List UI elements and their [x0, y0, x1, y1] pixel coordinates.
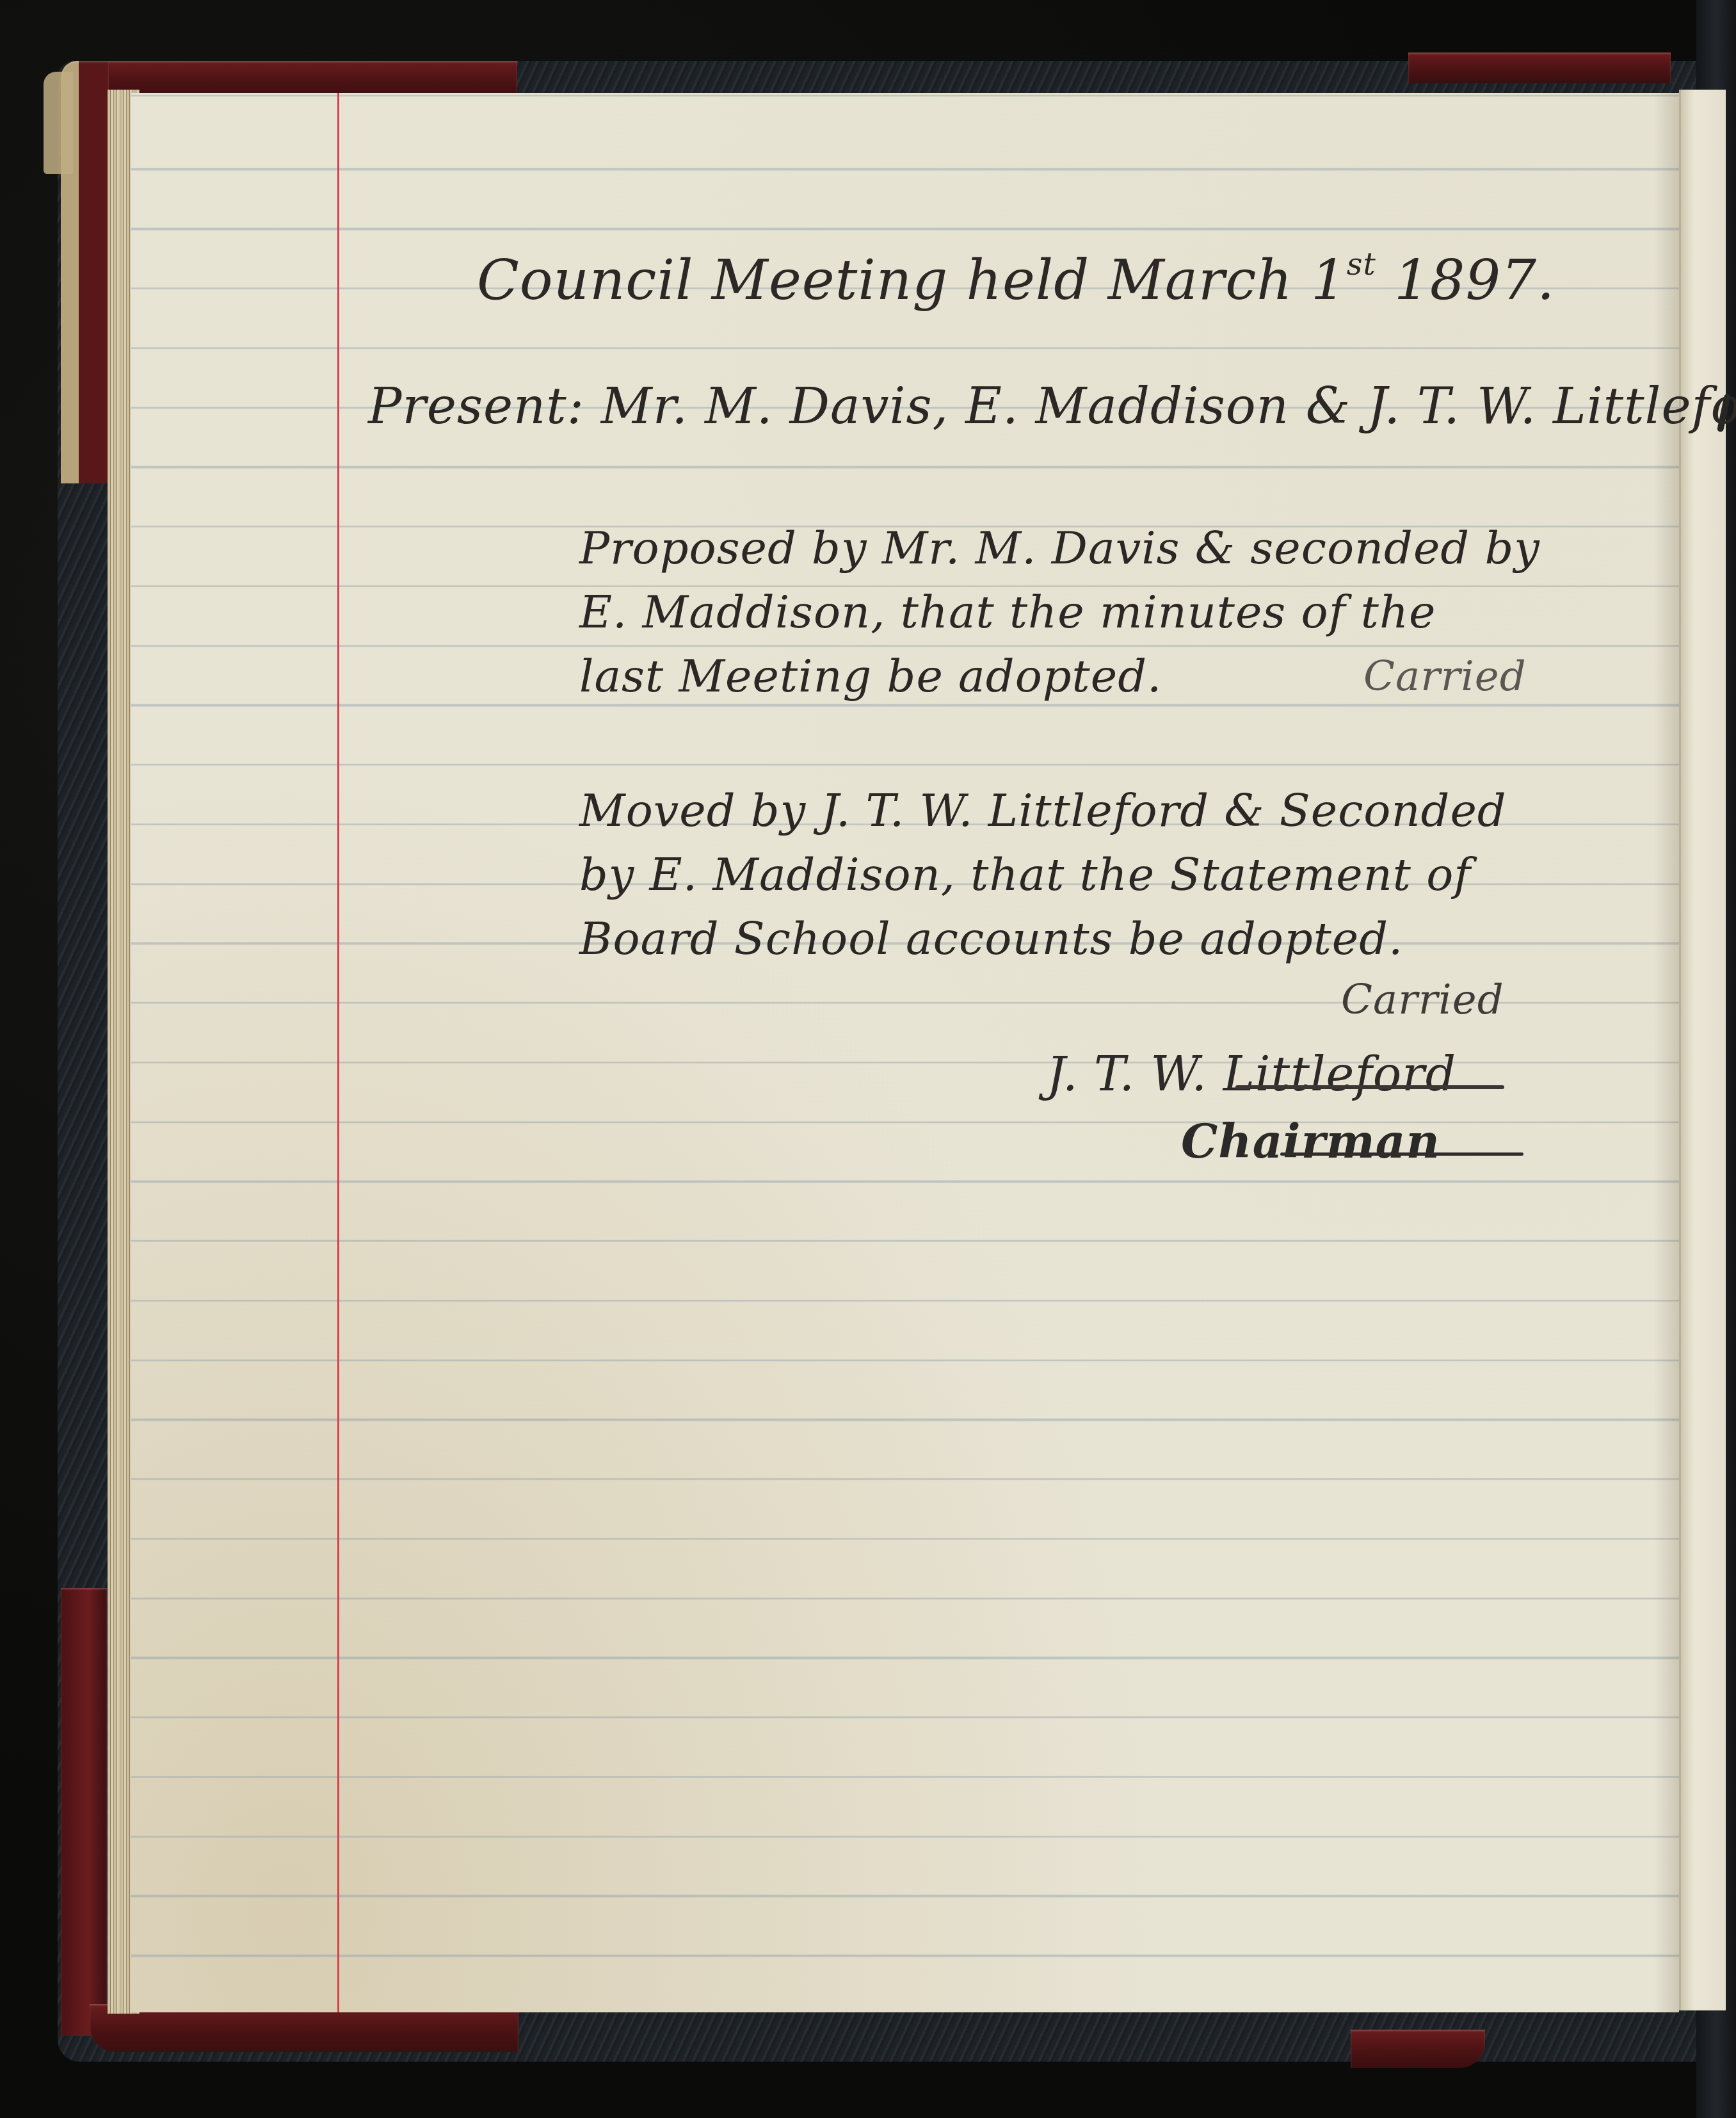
leather-corner-top-right: [1408, 53, 1671, 83]
leather-edge-left-bottom: [61, 1588, 107, 2036]
red-margin-rule: [337, 93, 339, 2012]
motion-1-outcome: Carried: [1363, 653, 1527, 700]
motion-1-line-3: last Meeting be adopted.: [579, 650, 1162, 702]
motion-1-line-2: E. Maddison, that the minutes of the: [579, 586, 1436, 638]
motion-2-line-3: Board School accounts be adopted.: [579, 912, 1403, 965]
title-text: Council Meeting held March 1: [477, 248, 1347, 312]
motion-2-outcome: Carried: [1341, 976, 1504, 1024]
page-title: Council Meeting held March 1st 1897.: [477, 247, 1555, 312]
chairman-signature: J. T. W. Littleford: [1047, 1047, 1456, 1102]
signature-flourish: [1235, 1085, 1504, 1089]
leather-corner-bottom-right: [1351, 2030, 1485, 2068]
chairman-title: Chairman: [1181, 1114, 1440, 1168]
title-year: 1897.: [1394, 248, 1555, 312]
title-ordinal: st: [1347, 247, 1376, 282]
motion-1-line-1: Proposed by Mr. M. Davis & seconded by: [579, 522, 1540, 574]
motion-2-line-1: Moved by J. T. W. Littleford & Seconded: [579, 784, 1507, 837]
attendance-line: Present: Mr. M. Davis, E. Maddison & J. …: [368, 378, 1736, 435]
motion-2-line-2: by E. Maddison, that the Statement of: [579, 848, 1471, 901]
bleed-through-text: [323, 259, 339, 319]
chairman-underline: [1280, 1152, 1523, 1156]
worn-corner-top-left: [44, 72, 73, 174]
